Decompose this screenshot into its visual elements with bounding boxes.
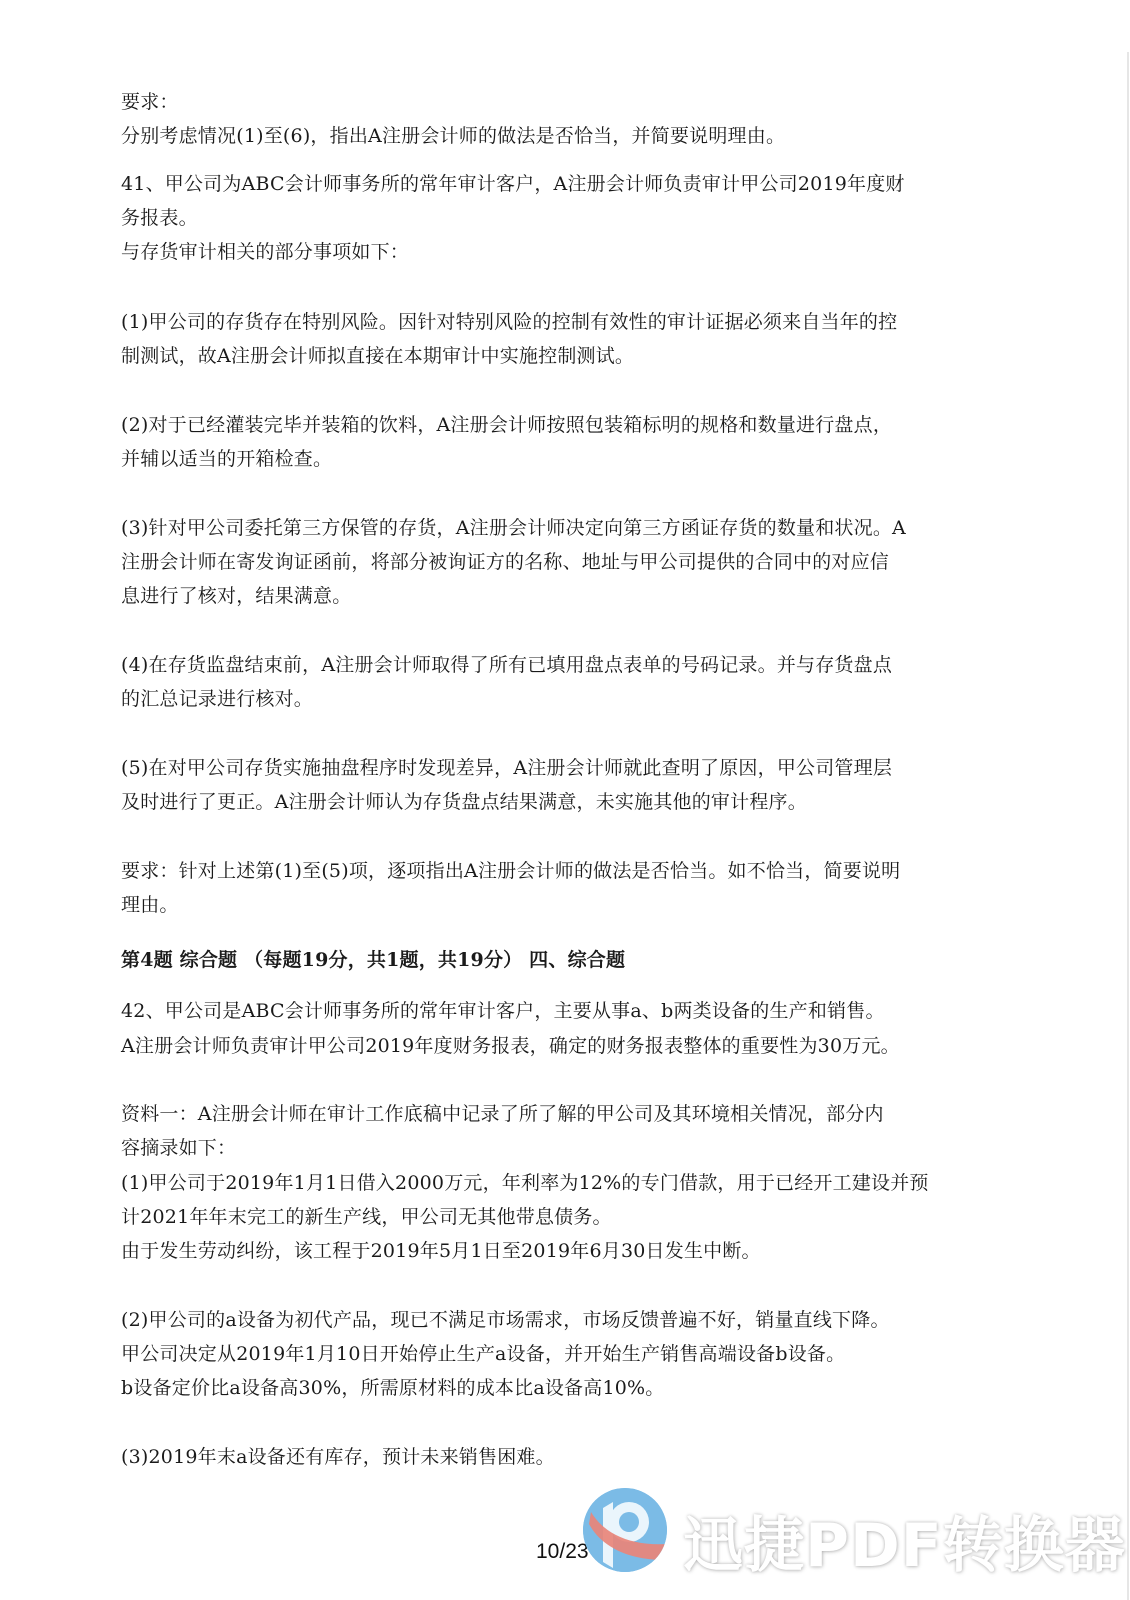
material-1-intro: 资料一：A注册会计师在审计工作底稿中记录了所了解的甲公司及其环境相关情况，部分内 — [121, 1102, 884, 1126]
watermark: 迅捷PDF转换器 — [583, 1488, 1130, 1578]
item-3-text: 息进行了核对，结果满意。 — [121, 584, 351, 608]
material-item-2-text: b设备定价比a设备高30%，所需原材料的成本比a设备高10%。 — [121, 1376, 664, 1400]
item-5-text: 及时进行了更正。A注册会计师认为存货盘点结果满意，未实施其他的审计程序。 — [121, 790, 807, 814]
material-item-2-text: 甲公司决定从2019年1月10日开始停止生产a设备，并开始生产销售高端设备b设备… — [121, 1342, 845, 1366]
item-1-text: 制测试，故A注册会计师拟直接在本期审计中实施控制测试。 — [121, 344, 634, 368]
item-2-text: 并辅以适当的开箱检查。 — [121, 447, 332, 471]
requirement-text: 要求：针对上述第(1)至(5)项，逐项指出A注册会计师的做法是否恰当。如不恰当，… — [121, 859, 900, 883]
watermark-text: 迅捷PDF转换器 — [683, 1498, 1126, 1584]
item-1-text: (1)甲公司的存货存在特别风险。因针对特别风险的控制有效性的审计证据必须来自当年… — [121, 310, 897, 334]
material-item-3-text: (3)2019年末a设备还有库存，预计未来销售困难。 — [121, 1445, 555, 1469]
question-42-text: 42、甲公司是ABC会计师事务所的常年审计客户，主要从事a、b两类设备的生产和销… — [121, 999, 885, 1023]
page-edge-divider — [1127, 52, 1129, 1600]
item-3-text: (3)针对甲公司委托第三方保管的存货，A注册会计师决定向第三方函证存货的数量和状… — [121, 516, 906, 540]
question-41-text: 41、甲公司为ABC会计师事务所的常年审计客户，A注册会计师负责审计甲公司201… — [121, 172, 905, 196]
item-4-text: (4)在存货监盘结束前，A注册会计师取得了所有已填用盘点表单的号码记录。并与存货… — [121, 653, 892, 677]
item-2-text: (2)对于已经灌装完毕并装箱的饮料，A注册会计师按照包装箱标明的规格和数量进行盘… — [121, 413, 892, 437]
item-5-text: (5)在对甲公司存货实施抽盘程序时发现差异，A注册会计师就此查明了原因，甲公司管… — [121, 756, 892, 780]
material-item-2-text: (2)甲公司的a设备为初代产品，现已不满足市场需求，市场反馈普遍不好，销量直线下… — [121, 1308, 890, 1332]
question-41-intro: 与存货审计相关的部分事项如下： — [121, 240, 409, 264]
question-41-text: 务报表。 — [121, 206, 198, 230]
requirement-text: 理由。 — [121, 893, 179, 917]
item-4-text: 的汇总记录进行核对。 — [121, 687, 313, 711]
material-item-1-text: (1)甲公司于2019年1月1日借入2000万元，年利率为12%的专门借款，用于… — [121, 1171, 929, 1195]
question-42-text: A注册会计师负责审计甲公司2019年度财务报表，确定的财务报表整体的重要性为30… — [121, 1034, 900, 1058]
xunjie-pdf-logo-icon — [583, 1488, 667, 1572]
material-item-1-text: 由于发生劳动纠纷，该工程于2019年5月1日至2019年6月30日发生中断。 — [121, 1239, 761, 1263]
requirement-label: 要求： — [121, 90, 179, 114]
section-heading: 第4题 综合题 （每题19分，共1题，共19分） 四、综合题 — [121, 948, 625, 972]
requirement-text: 分别考虑情况(1)至(6)，指出A注册会计师的做法是否恰当，并简要说明理由。 — [121, 124, 785, 148]
page-number: 10/23 — [536, 1540, 589, 1564]
material-1-intro: 容摘录如下： — [121, 1136, 236, 1160]
material-item-1-text: 计2021年年末完工的新生产线，甲公司无其他带息债务。 — [121, 1205, 612, 1229]
item-3-text: 注册会计师在寄发询证函前，将部分被询证方的名称、地址与甲公司提供的合同中的对应信 — [121, 550, 889, 574]
